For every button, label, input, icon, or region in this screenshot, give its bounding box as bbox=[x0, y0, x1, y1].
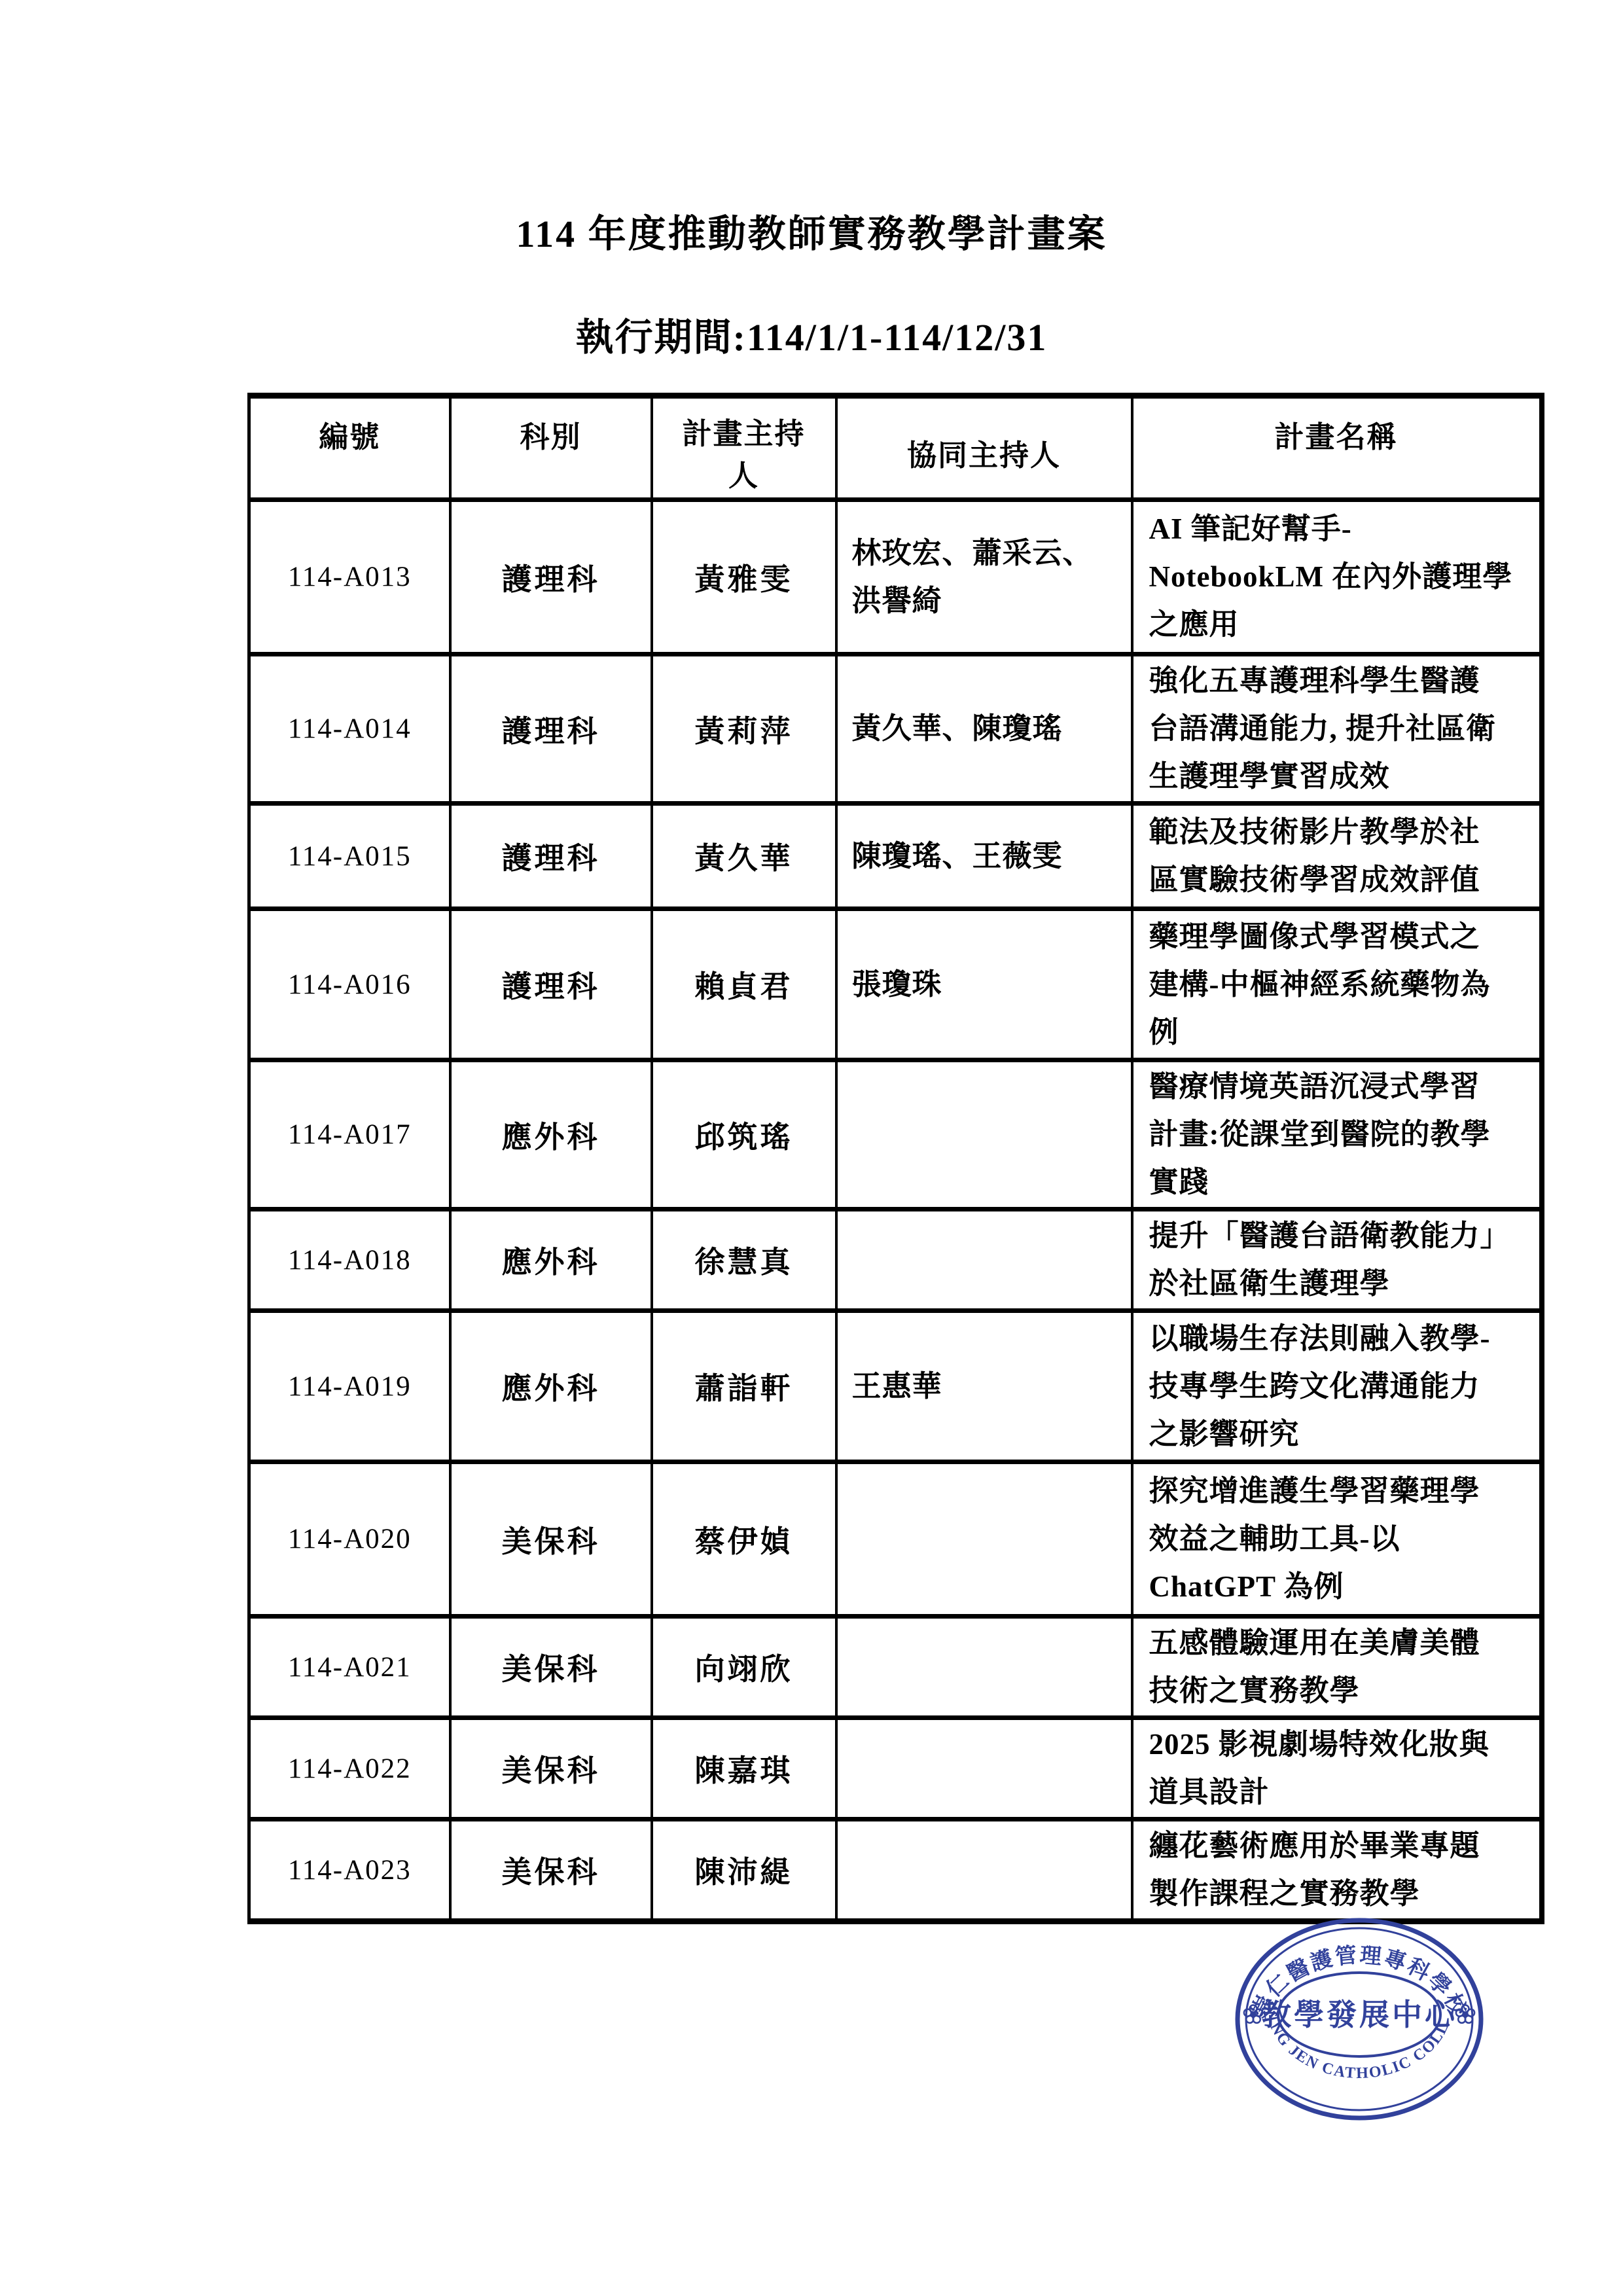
cell-project-name: 纏花藝術應用於畢業專題 製作課程之實務教學 bbox=[1132, 1820, 1542, 1922]
table-row: 114-A016 護理科 賴貞君 張瓊珠 藥理學圖像式學習模式之 建構-中樞神經… bbox=[249, 909, 1542, 1060]
cell-coleaders bbox=[836, 1820, 1132, 1922]
cell-leader: 蕭詣軒 bbox=[652, 1311, 836, 1462]
cell-coleaders: 陳瓊瑤、王薇雯 bbox=[836, 804, 1132, 909]
cell-id: 114-A014 bbox=[249, 655, 450, 804]
cell-coleaders bbox=[836, 1210, 1132, 1311]
cell-id: 114-A023 bbox=[249, 1820, 450, 1922]
table-row: 114-A018 應外科 徐慧真 提升「醫護台語衛教能力」 於社區衛生護理學 bbox=[249, 1210, 1542, 1311]
table-row: 114-A019 應外科 蕭詣軒 王惠華 以職場生存法則融入教學- 技專學生跨文… bbox=[249, 1311, 1542, 1462]
cell-leader: 賴貞君 bbox=[652, 909, 836, 1060]
page-title: 114 年度推動教師實務教學計畫案 bbox=[0, 211, 1623, 258]
cell-leader: 陳沛緹 bbox=[652, 1820, 836, 1922]
cell-dept: 應外科 bbox=[450, 1210, 652, 1311]
cell-dept: 美保科 bbox=[450, 1462, 652, 1617]
table-row: 114-A014 護理科 黃莉萍 黃久華、陳瓊瑤 強化五專護理科學生醫護 台語溝… bbox=[249, 655, 1542, 804]
cell-id: 114-A022 bbox=[249, 1718, 450, 1820]
cell-dept: 應外科 bbox=[450, 1060, 652, 1210]
cell-project-name: 強化五專護理科學生醫護 台語溝通能力, 提升社區衛 生護理學實習成效 bbox=[1132, 655, 1542, 804]
table-row: 114-A023 美保科 陳沛緹 纏花藝術應用於畢業專題 製作課程之實務教學 bbox=[249, 1820, 1542, 1922]
cell-dept: 護理科 bbox=[450, 500, 652, 655]
cell-project-name: AI 筆記好幫手- NotebookLM 在內外護理學 之應用 bbox=[1132, 500, 1542, 655]
stamp-center-text: 教學發展中心 bbox=[1261, 1998, 1457, 2032]
scanned-document-page: { "page": { "title": "114 年度推動教師實務教學計畫案"… bbox=[0, 0, 1623, 2296]
table-header-row: 編號 科別 計畫主持 人 協同主持人 計畫名稱 bbox=[249, 396, 1542, 500]
cell-id: 114-A020 bbox=[249, 1462, 450, 1617]
cell-leader: 徐慧真 bbox=[652, 1210, 836, 1311]
cell-dept: 護理科 bbox=[450, 909, 652, 1060]
cell-leader: 邱筑瑤 bbox=[652, 1060, 836, 1210]
cell-dept: 美保科 bbox=[450, 1617, 652, 1718]
table-row: 114-A022 美保科 陳嘉琪 2025 影視劇場特效化妝與 道具設計 bbox=[249, 1718, 1542, 1820]
table-row: 114-A017 應外科 邱筑瑤 醫療情境英語沉浸式學習 計畫:從課堂到醫院的教… bbox=[249, 1060, 1542, 1210]
cell-coleaders: 黃久華、陳瓊瑤 bbox=[836, 655, 1132, 804]
header-leader: 計畫主持 人 bbox=[652, 396, 836, 500]
college-seal-stamp: 崇仁醫護管理專科學校 教學發展中心 CHUNG JEN CATHOLIC COL… bbox=[1234, 1916, 1486, 2123]
cell-dept: 護理科 bbox=[450, 655, 652, 804]
cell-leader: 黃雅雯 bbox=[652, 500, 836, 655]
table-row: 114-A015 護理科 黃久華 陳瓊瑤、王薇雯 範法及技術影片教學於社 區實驗… bbox=[249, 804, 1542, 909]
cell-coleaders bbox=[836, 1462, 1132, 1617]
cell-leader: 蔡伊媜 bbox=[652, 1462, 836, 1617]
cell-leader: 黃莉萍 bbox=[652, 655, 836, 804]
table-row: 114-A020 美保科 蔡伊媜 探究增進護生學習藥理學 效益之輔助工具-以 C… bbox=[249, 1462, 1542, 1617]
cell-project-name: 範法及技術影片教學於社 區實驗技術學習成效評值 bbox=[1132, 804, 1542, 909]
cell-project-name: 提升「醫護台語衛教能力」 於社區衛生護理學 bbox=[1132, 1210, 1542, 1311]
cell-leader: 陳嘉琪 bbox=[652, 1718, 836, 1820]
cell-coleaders bbox=[836, 1718, 1132, 1820]
cell-coleaders: 林玫宏、蕭采云、 洪譽綺 bbox=[836, 500, 1132, 655]
cell-project-name: 五感體驗運用在美膚美體 技術之實務教學 bbox=[1132, 1617, 1542, 1718]
cell-id: 114-A013 bbox=[249, 500, 450, 655]
cell-dept: 護理科 bbox=[450, 804, 652, 909]
cell-project-name: 2025 影視劇場特效化妝與 道具設計 bbox=[1132, 1718, 1542, 1820]
header-id: 編號 bbox=[249, 396, 450, 500]
cell-leader: 黃久華 bbox=[652, 804, 836, 909]
cell-project-name: 醫療情境英語沉浸式學習 計畫:從課堂到醫院的教學 實踐 bbox=[1132, 1060, 1542, 1210]
cell-project-name: 以職場生存法則融入教學- 技專學生跨文化溝通能力 之影響研究 bbox=[1132, 1311, 1542, 1462]
cell-coleaders bbox=[836, 1617, 1132, 1718]
table-row: 114-A021 美保科 向翊欣 五感體驗運用在美膚美體 技術之實務教學 bbox=[249, 1617, 1542, 1718]
cell-id: 114-A021 bbox=[249, 1617, 450, 1718]
cell-coleaders: 張瓊珠 bbox=[836, 909, 1132, 1060]
header-name: 計畫名稱 bbox=[1132, 396, 1542, 500]
cell-id: 114-A018 bbox=[249, 1210, 450, 1311]
cell-id: 114-A017 bbox=[249, 1060, 450, 1210]
cell-coleaders: 王惠華 bbox=[836, 1311, 1132, 1462]
project-table: 編號 科別 計畫主持 人 協同主持人 計畫名稱 114-A013 護理科 黃雅雯… bbox=[247, 393, 1544, 1924]
cell-id: 114-A015 bbox=[249, 804, 450, 909]
cell-project-name: 藥理學圖像式學習模式之 建構-中樞神經系統藥物為 例 bbox=[1132, 909, 1542, 1060]
cell-id: 114-A016 bbox=[249, 909, 450, 1060]
cell-id: 114-A019 bbox=[249, 1311, 450, 1462]
cell-dept: 美保科 bbox=[450, 1718, 652, 1820]
cell-leader: 向翊欣 bbox=[652, 1617, 836, 1718]
table-row: 114-A013 護理科 黃雅雯 林玫宏、蕭采云、 洪譽綺 AI 筆記好幫手- … bbox=[249, 500, 1542, 655]
cell-coleaders bbox=[836, 1060, 1132, 1210]
header-dept: 科別 bbox=[450, 396, 652, 500]
cell-project-name: 探究增進護生學習藥理學 效益之輔助工具-以 ChatGPT 為例 bbox=[1132, 1462, 1542, 1617]
header-coleaders: 協同主持人 bbox=[836, 396, 1132, 500]
page-subtitle: 執行期間:114/1/1-114/12/31 bbox=[0, 314, 1623, 361]
cell-dept: 應外科 bbox=[450, 1311, 652, 1462]
cell-dept: 美保科 bbox=[450, 1820, 652, 1922]
